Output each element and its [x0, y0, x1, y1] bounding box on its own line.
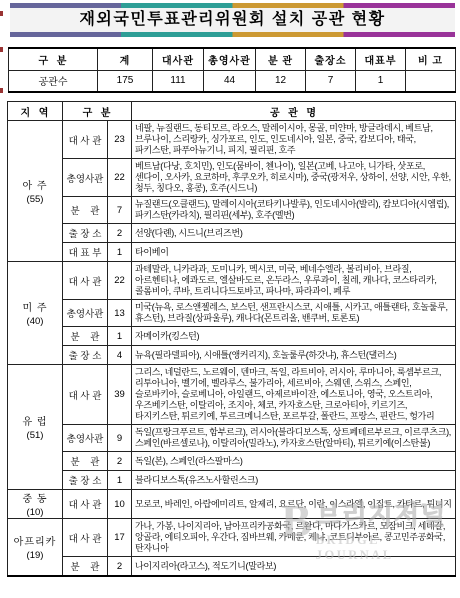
- summary-header-branch: 분 관: [256, 48, 306, 70]
- count-cell: 23: [108, 121, 132, 159]
- count-cell: 1: [108, 243, 132, 262]
- category-cell: 분 관: [63, 452, 108, 471]
- count-cell: 2: [108, 452, 132, 471]
- title-box: 재외국민투표관리위원회 설치 공관 현황: [10, 3, 455, 37]
- region-name: 미 주: [8, 299, 62, 314]
- detail-row: 중 동(10)대 사 관10모로코, 바레인, 아랍에미리트, 알제리, 요르단…: [8, 490, 456, 519]
- page-title: 재외국민투표관리위원회 설치 공관 현황: [10, 8, 455, 32]
- count-cell: 10: [108, 490, 132, 519]
- missions-cell: 과테말라, 니카라과, 도미니카, 멕시코, 미국, 베네수엘라, 볼리비아, …: [132, 262, 456, 300]
- summary-value-total: 175: [98, 70, 153, 92]
- region-cell: 유 럽(51): [8, 365, 63, 490]
- summary-data-row: 공관수 175 111 44 12 7 1: [9, 70, 456, 92]
- count-cell: 2: [108, 557, 132, 577]
- region-cell: 아프리카(19): [8, 519, 63, 577]
- region-name: 유 럽: [8, 413, 62, 428]
- scan-edge-mark: [0, 47, 3, 52]
- scan-edge-mark: [0, 11, 3, 16]
- detail-table-body: 아 주(55)대 사 관23네팔, 뉴질랜드, 동티모르, 라오스, 말레이시아…: [8, 121, 456, 577]
- summary-value-embassy: 111: [153, 70, 204, 92]
- category-cell: 출 장 소: [63, 346, 108, 365]
- category-cell: 분 관: [63, 197, 108, 224]
- summary-header-office: 출장소: [306, 48, 356, 70]
- missions-cell: 뉴욕(필라델피아), 시애틀(앵커리지), 호놀룰루(하갓냐), 휴스턴(댈러스…: [132, 346, 456, 365]
- missions-cell: 타이베이: [132, 243, 456, 262]
- missions-cell: 독일(프랑크푸르트, 함부르크), 러시아(블라디보스톡, 상트페테르부르크, …: [132, 425, 456, 452]
- region-name: 아 주: [8, 177, 62, 192]
- summary-value-branch: 12: [256, 70, 306, 92]
- region-name: 아프리카: [8, 533, 62, 548]
- missions-cell: 가나, 가봉, 나이지리아, 남아프리카공화국, 르완다, 마다가스카르, 모잠…: [132, 519, 456, 557]
- missions-cell: 그리스, 네덜란드, 노르웨이, 덴마크, 독일, 라트비아, 러시아, 루마니…: [132, 365, 456, 425]
- document-page: 재외국민투표관리위원회 설치 공관 현황 구 분 계 대사관 총영사관 분 관 …: [0, 0, 460, 598]
- detail-row: 출 장 소4뉴욕(필라델피아), 시애틀(앵커리지), 호놀룰루(하갓냐), 휴…: [8, 346, 456, 365]
- region-total: (40): [8, 316, 62, 327]
- detail-row: 출 장 소2선양(다롄), 시드니(브리즈번): [8, 224, 456, 243]
- detail-row: 출 장 소1블라디보스톡(유즈노사할린스크): [8, 471, 456, 490]
- category-cell: 출 장 소: [63, 224, 108, 243]
- missions-cell: 블라디보스톡(유즈노사할린스크): [132, 471, 456, 490]
- summary-header-note: 비 고: [406, 48, 456, 70]
- category-cell: 대 사 관: [63, 490, 108, 519]
- count-cell: 17: [108, 519, 132, 557]
- detail-row: 유 럽(51)대 사 관39그리스, 네덜란드, 노르웨이, 덴마크, 독일, …: [8, 365, 456, 425]
- detail-row: 미 주(40)대 사 관22과테말라, 니카라과, 도미니카, 멕시코, 미국,…: [8, 262, 456, 300]
- category-cell: 대 사 관: [63, 121, 108, 159]
- region-total: (51): [8, 430, 62, 441]
- summary-row-label: 공관수: [9, 70, 98, 92]
- region-cell: 아 주(55): [8, 121, 63, 262]
- region-total: (19): [8, 550, 62, 561]
- region-total: (55): [8, 194, 62, 205]
- summary-header-gubun: 구 분: [9, 48, 98, 70]
- detail-row: 분 관2독일(본), 스페인(라스팔마스): [8, 452, 456, 471]
- region-total: (10): [8, 507, 62, 518]
- title-accent-bar-bottom: [10, 32, 455, 37]
- region-name: 중 동: [8, 490, 62, 505]
- summary-value-office: 7: [306, 70, 356, 92]
- summary-table: 구 분 계 대사관 총영사관 분 관 출장소 대표부 비 고 공관수 175 1…: [8, 47, 456, 93]
- count-cell: 22: [108, 262, 132, 300]
- detail-row: 총영사관13미국(뉴욕, 로스앤젤레스, 보스턴, 샌프란시스코, 시애틀, 시…: [8, 300, 456, 327]
- detail-header-row: 지 역 구 분 공 관 명: [8, 102, 456, 121]
- category-cell: 대 사 관: [63, 519, 108, 557]
- detail-header-missions: 공 관 명: [132, 102, 456, 121]
- region-cell: 미 주(40): [8, 262, 63, 365]
- summary-header-total: 계: [98, 48, 153, 70]
- summary-value-consulate: 44: [204, 70, 256, 92]
- detail-row: 총영사관9독일(프랑크푸르트, 함부르크), 러시아(블라디보스톡, 상트페테르…: [8, 425, 456, 452]
- missions-cell: 미국(뉴욕, 로스앤젤레스, 보스턴, 샌프란시스코, 시애틀, 시카고, 애틀…: [132, 300, 456, 327]
- missions-cell: 나이지리아(라고스), 적도기니(말라보): [132, 557, 456, 577]
- detail-row: 대 표 부1타이베이: [8, 243, 456, 262]
- detail-table: 지 역 구 분 공 관 명 아 주(55)대 사 관23네팔, 뉴질랜드, 동티…: [7, 101, 456, 577]
- count-cell: 9: [108, 425, 132, 452]
- detail-row: 총영사관22베트남(다낭, 호치민), 인도(뭄바이, 첸나이), 일본(고베,…: [8, 159, 456, 197]
- missions-cell: 모로코, 바레인, 아랍에미리트, 알제리, 요르단, 이란, 이스라엘, 이집…: [132, 490, 456, 519]
- detail-header-category: 구 분: [63, 102, 132, 121]
- missions-cell: 베트남(다낭, 호치민), 인도(뭄바이, 첸나이), 일본(고베, 나고야, …: [132, 159, 456, 197]
- missions-cell: 네팔, 뉴질랜드, 동티모르, 라오스, 말레이시아, 몽골, 미얀마, 방글라…: [132, 121, 456, 159]
- region-cell: 중 동(10): [8, 490, 63, 519]
- count-cell: 4: [108, 346, 132, 365]
- category-cell: 대 사 관: [63, 365, 108, 425]
- scan-edge-mark: [0, 88, 3, 93]
- summary-header-row: 구 분 계 대사관 총영사관 분 관 출장소 대표부 비 고: [9, 48, 456, 70]
- detail-row: 분 관7뉴질랜드(오클랜드), 말레이시아(코타키나발루), 인도네시아(발리)…: [8, 197, 456, 224]
- count-cell: 22: [108, 159, 132, 197]
- detail-header-region: 지 역: [8, 102, 63, 121]
- category-cell: 총영사관: [63, 159, 108, 197]
- summary-header-consulate: 총영사관: [204, 48, 256, 70]
- detail-row: 분 관2나이지리아(라고스), 적도기니(말라보): [8, 557, 456, 577]
- missions-cell: 선양(다롄), 시드니(브리즈번): [132, 224, 456, 243]
- count-cell: 1: [108, 471, 132, 490]
- category-cell: 총영사관: [63, 425, 108, 452]
- category-cell: 출 장 소: [63, 471, 108, 490]
- category-cell: 분 관: [63, 327, 108, 346]
- detail-row: 아프리카(19)대 사 관17가나, 가봉, 나이지리아, 남아프리카공화국, …: [8, 519, 456, 557]
- missions-cell: 뉴질랜드(오클랜드), 말레이시아(코타키나발루), 인도네시아(발리), 캄보…: [132, 197, 456, 224]
- count-cell: 7: [108, 197, 132, 224]
- category-cell: 분 관: [63, 557, 108, 577]
- count-cell: 2: [108, 224, 132, 243]
- category-cell: 총영사관: [63, 300, 108, 327]
- count-cell: 13: [108, 300, 132, 327]
- count-cell: 39: [108, 365, 132, 425]
- summary-header-embassy: 대사관: [153, 48, 204, 70]
- missions-cell: 독일(본), 스페인(라스팔마스): [132, 452, 456, 471]
- category-cell: 대 표 부: [63, 243, 108, 262]
- missions-cell: 자메이카(킹스턴): [132, 327, 456, 346]
- summary-header-mission: 대표부: [356, 48, 406, 70]
- category-cell: 대 사 관: [63, 262, 108, 300]
- detail-row: 분 관1자메이카(킹스턴): [8, 327, 456, 346]
- count-cell: 1: [108, 327, 132, 346]
- summary-value-mission: 1: [356, 70, 406, 92]
- summary-value-note: [406, 70, 456, 92]
- detail-row: 아 주(55)대 사 관23네팔, 뉴질랜드, 동티모르, 라오스, 말레이시아…: [8, 121, 456, 159]
